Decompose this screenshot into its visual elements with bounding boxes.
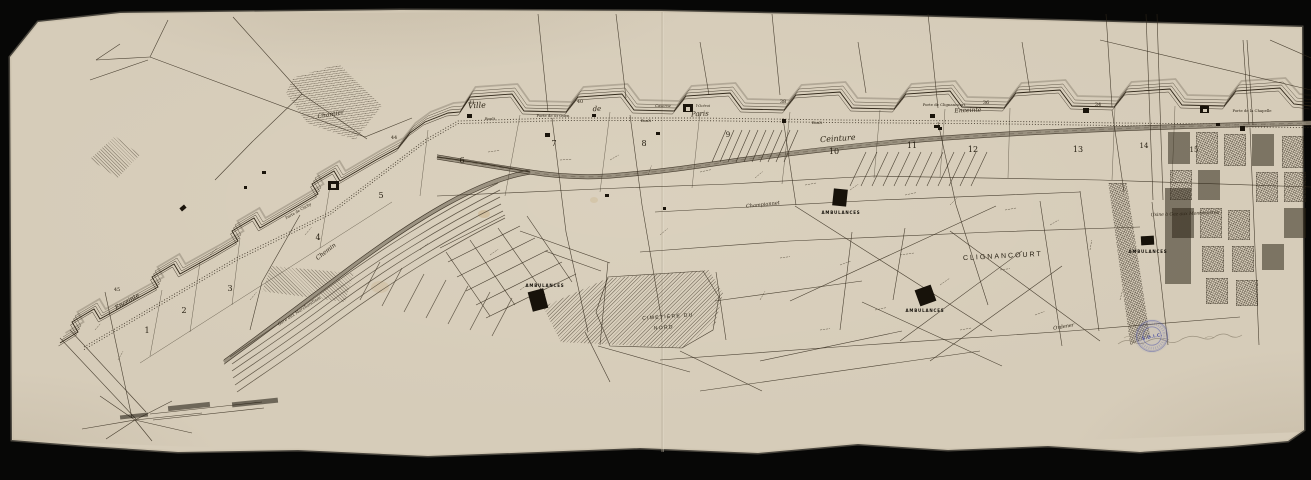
map-label-bastion-34: 34 [1095, 102, 1101, 108]
yard-track-5 [230, 183, 498, 357]
map-label-octroi: l'Octroi [696, 103, 711, 108]
map-label-boulevard-3: Boult [812, 120, 823, 125]
street-name-mark [1005, 208, 1017, 210]
map-label-section-14: 14 [1140, 142, 1149, 150]
street-line [150, 20, 168, 57]
ambulance-label-3: AMBULANCES [906, 308, 945, 313]
yard-track-2 [233, 204, 501, 378]
building-block [782, 119, 786, 123]
map-label-ville-de: de [592, 105, 601, 113]
street-line [106, 420, 135, 439]
street-line [655, 192, 1080, 212]
street-name-mark [1120, 290, 1123, 300]
street-line [215, 142, 252, 180]
building-block [1083, 108, 1089, 113]
street-name-mark [820, 329, 830, 330]
street-line [680, 351, 762, 391]
building-courtyard [1203, 109, 1207, 112]
section-boundary [420, 130, 428, 196]
street-name-mark [940, 278, 950, 285]
map-label-bastion-36: 36 [983, 100, 989, 106]
street-line [150, 57, 365, 137]
map-label-porte-de-la-chapelle: Porte de la Chapelle [1232, 108, 1272, 113]
map-label-chantier: Chantier [317, 109, 346, 121]
map-label-porte-de-st-ouen: Porte de St Ouen [537, 113, 571, 118]
section-boundary [1112, 107, 1115, 180]
street-line [700, 42, 709, 95]
ambulance-marker-1 [528, 288, 549, 311]
street-line [60, 338, 136, 419]
ink-layer: AMBULANCESAMBULANCESAMBULANCESAMBULANCES… [0, 0, 1311, 480]
ambulance-marker-2 [832, 188, 848, 206]
map-label-section-15: 15 [1190, 146, 1199, 154]
wall-trace-3 [66, 78, 1311, 333]
street-name-mark [905, 193, 917, 195]
map-label-section-5: 5 [378, 191, 383, 200]
section-boundary [140, 202, 392, 363]
building-block [1240, 126, 1245, 131]
building-block [663, 207, 666, 210]
street-name-mark [960, 328, 972, 330]
street-line [1112, 110, 1124, 192]
street-line [82, 420, 135, 429]
street-line [446, 252, 490, 316]
street-line [1146, 14, 1153, 200]
map-label-enceinte-est: Enceinte [953, 107, 982, 115]
street-name-mark [1035, 312, 1044, 315]
yard-siding [448, 286, 468, 324]
map-label-section-2: 2 [181, 306, 186, 315]
building-block [930, 114, 935, 118]
street-line [96, 57, 150, 60]
street-line [596, 271, 719, 348]
yard-siding [404, 274, 424, 312]
ambulance-label-2: AMBULANCES [822, 210, 861, 215]
yard-siding [492, 298, 512, 336]
yard-siding [470, 292, 490, 330]
map-label-caserne: Caserne [655, 103, 672, 108]
street-line [700, 351, 980, 391]
street-name-mark [250, 292, 256, 300]
map-labels: VilledeParisEnceinteEnceinteCeintureCLIG… [113, 99, 1272, 335]
map-label-ordener: Ordener [1053, 322, 1076, 332]
street-line [538, 14, 548, 112]
building-block [1216, 123, 1220, 126]
map-label-bastion-45: 45 [114, 287, 120, 293]
building-block [605, 194, 609, 197]
building-block [545, 133, 550, 137]
map-label-section-6: 6 [459, 156, 464, 165]
building-courtyard [331, 184, 336, 188]
street-line [930, 266, 1062, 361]
street-name-mark [490, 249, 498, 255]
street-line [1080, 191, 1099, 331]
section-boundary [320, 186, 330, 248]
boulevard-dotted-0 [84, 118, 1311, 347]
map-label-section-4: 4 [315, 233, 320, 242]
yard-track-0 [232, 190, 500, 364]
street-line [640, 227, 1140, 252]
street-name-mark [805, 183, 817, 185]
street-line [552, 118, 588, 332]
map-label-boulevard-2: Boult [641, 118, 652, 123]
street-line [1270, 40, 1311, 58]
street-line [1106, 14, 1112, 107]
section-boundaries [140, 106, 1175, 363]
section-boundary [692, 112, 700, 188]
street-line [252, 94, 302, 142]
street-line [233, 17, 302, 94]
boulevard-militaire [84, 118, 1311, 350]
street-line [96, 44, 120, 60]
section-boundary [150, 290, 162, 356]
section-boundary [1008, 108, 1010, 178]
street-line [715, 281, 862, 301]
ambulance-marker-4 [1141, 236, 1154, 246]
street-name-mark [560, 159, 572, 160]
street-line [135, 420, 192, 433]
map-label-usine-gaz: Usine à Gaz aux Montmartres [1151, 209, 1220, 218]
street-line [712, 130, 726, 162]
street-line [545, 251, 601, 271]
railway-bed [437, 123, 1311, 177]
street-name-mark [305, 227, 311, 235]
map-label-bastion-44: 44 [391, 135, 397, 141]
building-block [179, 205, 186, 212]
map-label-boulevard-1: Boult [485, 116, 496, 121]
map-label-section-1: 1 [144, 326, 149, 335]
building-block [262, 171, 266, 174]
yard-siding [426, 280, 446, 318]
street-name-mark [610, 155, 619, 160]
street-name-mark [755, 172, 763, 178]
street-name-mark [420, 244, 428, 250]
street-name-mark [660, 229, 668, 235]
section-boundary [190, 262, 200, 332]
street-name-mark [840, 261, 851, 265]
street-name-mark [760, 291, 765, 300]
building-block [232, 398, 278, 408]
map-label-section-13: 13 [1073, 145, 1083, 154]
ambulance-label-4: AMBULANCES [1129, 249, 1168, 254]
street-line [70, 330, 146, 412]
yard-track-4 [237, 218, 505, 392]
map-label-bastion-41: 41 [469, 100, 475, 106]
ambulance-label-1: AMBULANCES [526, 283, 565, 288]
street-name-mark [95, 324, 100, 330]
street-line [950, 231, 1100, 341]
map-label-section-9: 9 [726, 131, 730, 139]
street-name-mark [1090, 240, 1092, 250]
street-line [840, 232, 852, 330]
section-boundary [940, 109, 945, 177]
street-line [760, 331, 902, 361]
wall-trace-1 [62, 85, 1311, 340]
map-label-cimetiere-ligne1: CIMETIÈRE DU [642, 311, 694, 322]
map-label-bastion-40: 40 [577, 99, 583, 105]
street-line [600, 262, 608, 345]
section-boundary [600, 112, 610, 192]
street-name-mark [900, 253, 914, 255]
yard-track-3 [235, 211, 503, 385]
map-label-bastion-38: 38 [780, 99, 786, 105]
railway-edge [437, 125, 1311, 179]
map-label-ceinture: Ceinture [820, 133, 856, 144]
building-block [656, 132, 660, 135]
street-line [1157, 14, 1163, 200]
map-label-section-7: 7 [551, 139, 556, 148]
street-line [776, 130, 790, 162]
railway-ties [437, 123, 1311, 177]
street-network [60, 14, 1311, 441]
ambulance-markers: AMBULANCESAMBULANCESAMBULANCESAMBULANCES [526, 188, 1168, 313]
section-boundary [1172, 106, 1175, 182]
street-line [858, 42, 866, 93]
yard-siding [360, 262, 380, 300]
street-line [1250, 128, 1259, 345]
street-name-mark [1050, 220, 1059, 225]
street-line [893, 228, 905, 300]
building-block [934, 125, 940, 128]
street-line [470, 240, 515, 305]
library-stamp: S.D.I.C. [1131, 316, 1173, 357]
map-label-section-3: 3 [227, 284, 232, 293]
map-label-chemin: Chemin [315, 242, 338, 262]
map-label-clignancourt: CLIGNANCOURT [963, 251, 1043, 262]
building-block [592, 114, 596, 117]
map-label-cimetiere-ligne2: NORD [654, 324, 674, 331]
yard-siding [382, 268, 402, 306]
street-line [585, 332, 610, 382]
street-line [437, 176, 1311, 196]
building-block [467, 114, 472, 118]
map-label-porte-de-clignancourt: Porte de Clignancourt [923, 102, 966, 107]
street-name-mark [850, 184, 858, 190]
map-label-section-10: 10 [829, 147, 839, 156]
section-boundary [232, 238, 240, 305]
street-name-mark [780, 257, 790, 258]
street-line [457, 238, 535, 277]
map-label-gare-marchandises: Gare aux Marchandises [277, 295, 322, 327]
scanned-map-page: AMBULANCESAMBULANCESAMBULANCESAMBULANCES… [0, 0, 1311, 480]
section-boundary [505, 115, 520, 196]
map-label-section-11: 11 [907, 141, 917, 150]
street-line [90, 60, 148, 80]
boulevard-dotted-1 [84, 121, 1311, 350]
street-line [928, 14, 938, 108]
building-block [120, 413, 148, 420]
map-label-section-12: 12 [968, 145, 978, 154]
map-label-championnet: Championnet [746, 200, 781, 210]
street-line [938, 122, 988, 305]
street-name-mark [700, 170, 712, 172]
building-block [244, 186, 247, 189]
building-courtyard [686, 107, 690, 111]
street-line [1022, 42, 1030, 92]
street-line [365, 118, 412, 137]
map-label-section-8: 8 [641, 139, 646, 148]
map-label-ville-paris: Paris [690, 110, 710, 119]
street-name-mark [488, 150, 500, 152]
street-line [772, 14, 780, 95]
ambulance-marker-3 [915, 285, 937, 307]
